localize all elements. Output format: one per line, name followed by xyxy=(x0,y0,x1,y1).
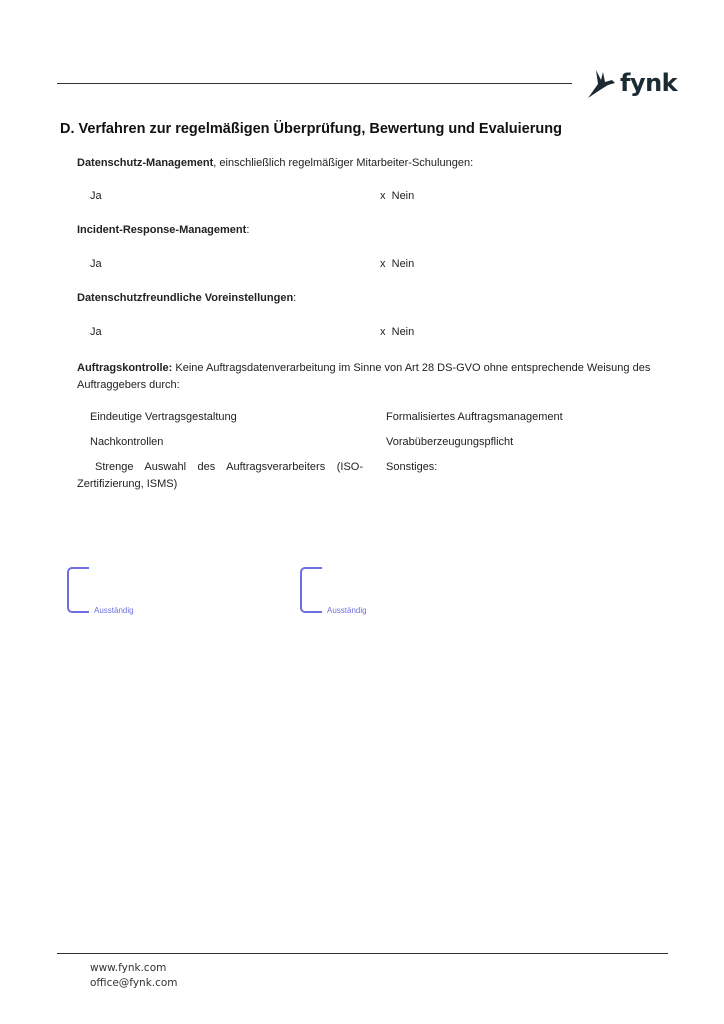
item-label-bold: Datenschutzfreundliche Voreinstellungen xyxy=(77,292,293,304)
auftragskontrolle-label: Auftragskontrolle: xyxy=(77,362,172,374)
option-formalisiertes-auftragsmanagement[interactable]: Formalisiertes Auftragsmanagement xyxy=(386,411,563,423)
option-ja[interactable]: Ja xyxy=(90,258,102,270)
bird-origami-icon xyxy=(586,66,616,100)
signature-field-2[interactable] xyxy=(300,567,322,613)
item-label-voreinstellungen: Datenschutzfreundliche Voreinstellungen: xyxy=(77,292,296,304)
option-nein-label: Nein xyxy=(392,326,415,338)
header-divider xyxy=(57,83,572,84)
auftragskontrolle-paragraph: Auftragskontrolle: Keine Auftragsdatenve… xyxy=(77,360,657,394)
checked-mark: x xyxy=(380,258,386,270)
footer-divider xyxy=(57,953,668,954)
footer-email[interactable]: office@fynk.com xyxy=(90,977,178,989)
item-label-rest: : xyxy=(246,224,249,236)
option-ja[interactable]: Ja xyxy=(90,326,102,338)
section-title: D. Verfahren zur regelmäßigen Überprüfun… xyxy=(60,121,562,137)
signature-status-2: Ausständig xyxy=(327,606,367,615)
option-nein-label: Nein xyxy=(392,190,415,202)
option-nein-label: Nein xyxy=(392,258,415,270)
item-label-rest: : xyxy=(293,292,296,304)
option-eindeutige-vertragsgestaltung[interactable]: Eindeutige Vertragsgestaltung xyxy=(90,411,237,423)
option-strenge-auswahl[interactable]: Strenge Auswahl des Auftragsverarbeiters… xyxy=(95,461,363,473)
option-vorabueberzeugungspflicht[interactable]: Vorabüberzeugungspflicht xyxy=(386,436,513,448)
item-label-bold: Incident-Response-Management xyxy=(77,224,246,236)
option-strenge-auswahl-cont: Zertifizierung, ISMS) xyxy=(77,478,177,490)
logo-text: fynk xyxy=(620,69,677,97)
option-nachkontrollen[interactable]: Nachkontrollen xyxy=(90,436,163,448)
signature-status-1: Ausständig xyxy=(94,606,134,615)
checked-mark: x xyxy=(380,326,386,338)
item-label-rest: , einschließlich regelmäßiger Mitarbeite… xyxy=(213,157,473,169)
item-label-bold: Datenschutz-Management xyxy=(77,157,213,169)
item-label-incident-response: Incident-Response-Management: xyxy=(77,224,249,236)
signature-bracket xyxy=(300,567,322,613)
checked-mark: x xyxy=(380,190,386,202)
option-nein[interactable]: x Nein xyxy=(380,326,414,338)
option-nein[interactable]: x Nein xyxy=(380,190,414,202)
signature-bracket xyxy=(67,567,89,613)
option-nein[interactable]: x Nein xyxy=(380,258,414,270)
footer-website[interactable]: www.fynk.com xyxy=(90,962,166,974)
signature-field-1[interactable] xyxy=(67,567,89,613)
option-ja[interactable]: Ja xyxy=(90,190,102,202)
option-sonstiges[interactable]: Sonstiges: xyxy=(386,461,437,473)
item-label-datenschutz-management: Datenschutz-Management, einschließlich r… xyxy=(77,157,473,169)
fynk-logo: fynk xyxy=(586,66,677,100)
